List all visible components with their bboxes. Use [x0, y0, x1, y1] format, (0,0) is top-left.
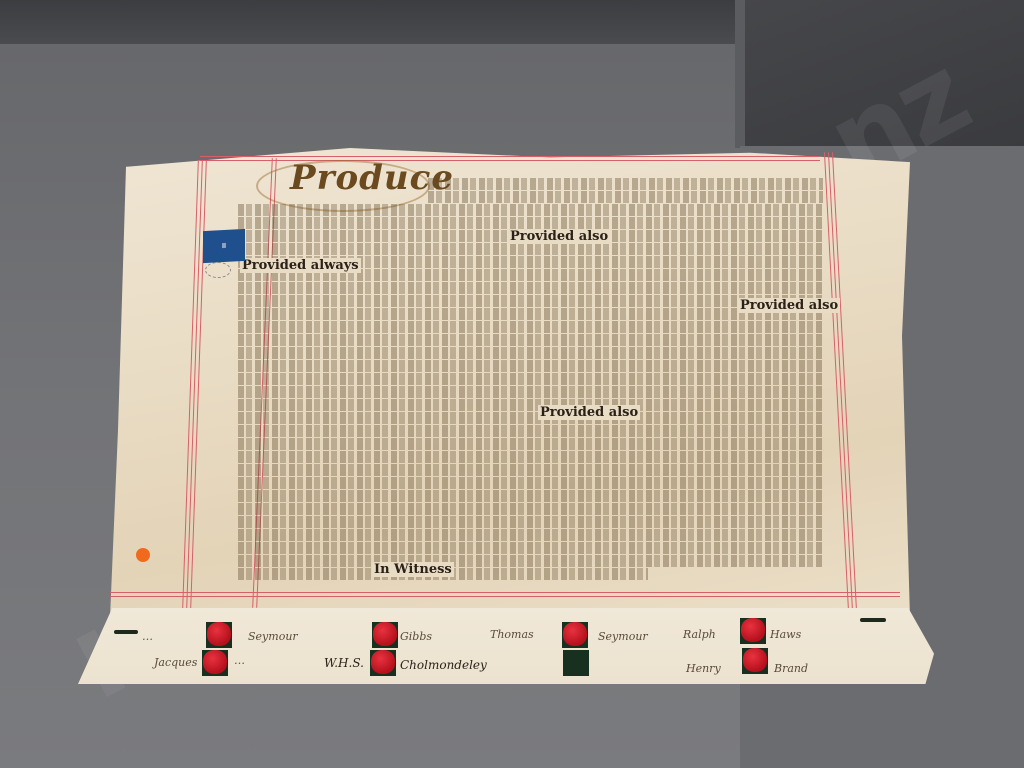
- text-line: [238, 243, 823, 255]
- text-line: [238, 217, 823, 229]
- signature: …: [142, 630, 153, 643]
- proviso-heading: Provided also: [508, 229, 610, 244]
- proviso-heading: Provided always: [240, 258, 361, 273]
- wax-seal: [202, 650, 228, 676]
- text-line: [238, 425, 823, 437]
- blue-tax-stamp: [203, 229, 245, 263]
- signature: …: [234, 654, 245, 667]
- signature: Haws: [770, 628, 801, 641]
- proviso-heading: Provided also: [738, 298, 840, 313]
- text-line: [238, 555, 823, 567]
- ink-dash-mark: [114, 630, 138, 634]
- text-line: [238, 334, 823, 346]
- ink-dash-mark: [860, 618, 886, 622]
- text-line: [238, 282, 823, 294]
- signature: Brand: [774, 662, 808, 675]
- wax-seal: [742, 648, 768, 674]
- stamp-emboss: [222, 243, 226, 248]
- text-line: [238, 542, 823, 554]
- proviso-heading: In Witness: [372, 562, 454, 577]
- text-line: [238, 295, 823, 307]
- text-line: [238, 503, 823, 515]
- text-line: [238, 321, 823, 333]
- text-line: [238, 451, 823, 463]
- wax-seal-icon: [743, 648, 767, 672]
- signature: Ralph: [683, 628, 716, 641]
- wax-seal: [370, 650, 396, 676]
- signature: Henry: [686, 662, 721, 675]
- proviso-heading: Provided also: [538, 405, 640, 420]
- empty-seal-backing: [563, 650, 589, 676]
- signature: Cholmondeley: [400, 658, 487, 672]
- wax-seal-icon: [563, 622, 587, 646]
- wax-seal: [740, 618, 766, 644]
- text-line: [238, 373, 823, 385]
- text-line: [238, 360, 823, 372]
- wax-seal: [372, 622, 398, 648]
- border-rule-top-1: [200, 156, 820, 157]
- signature: Gibbs: [400, 630, 432, 643]
- text-line: [238, 386, 823, 398]
- signature: Thomas: [490, 628, 534, 641]
- wax-seal: [206, 622, 232, 648]
- text-line: [238, 412, 823, 424]
- wax-seal-icon: [207, 622, 231, 646]
- wax-seal-icon: [203, 650, 227, 674]
- text-line: [428, 178, 823, 190]
- signature: Seymour: [248, 630, 298, 643]
- stamp-postmark: [205, 262, 231, 278]
- signature: Seymour: [598, 630, 648, 643]
- wax-seal-icon: [741, 618, 765, 642]
- seal-backing: [563, 650, 589, 676]
- wall-corner: [735, 0, 745, 148]
- text-line: [238, 438, 823, 450]
- text-line: [238, 516, 823, 528]
- text-line: [238, 347, 823, 359]
- orange-archive-sticker: [136, 548, 150, 562]
- signature: Jacques: [154, 656, 197, 669]
- text-line: [238, 399, 823, 411]
- text-line: [238, 477, 823, 489]
- text-line: [238, 490, 823, 502]
- wax-seal-icon: [371, 650, 395, 674]
- text-line: [428, 191, 823, 203]
- text-line: [238, 464, 823, 476]
- text-line: [238, 529, 823, 541]
- text-line: [238, 204, 823, 216]
- wax-seal-icon: [373, 622, 397, 646]
- wax-seal: [562, 622, 588, 648]
- text-line: [238, 308, 823, 320]
- signature: W.H.S.: [324, 656, 364, 670]
